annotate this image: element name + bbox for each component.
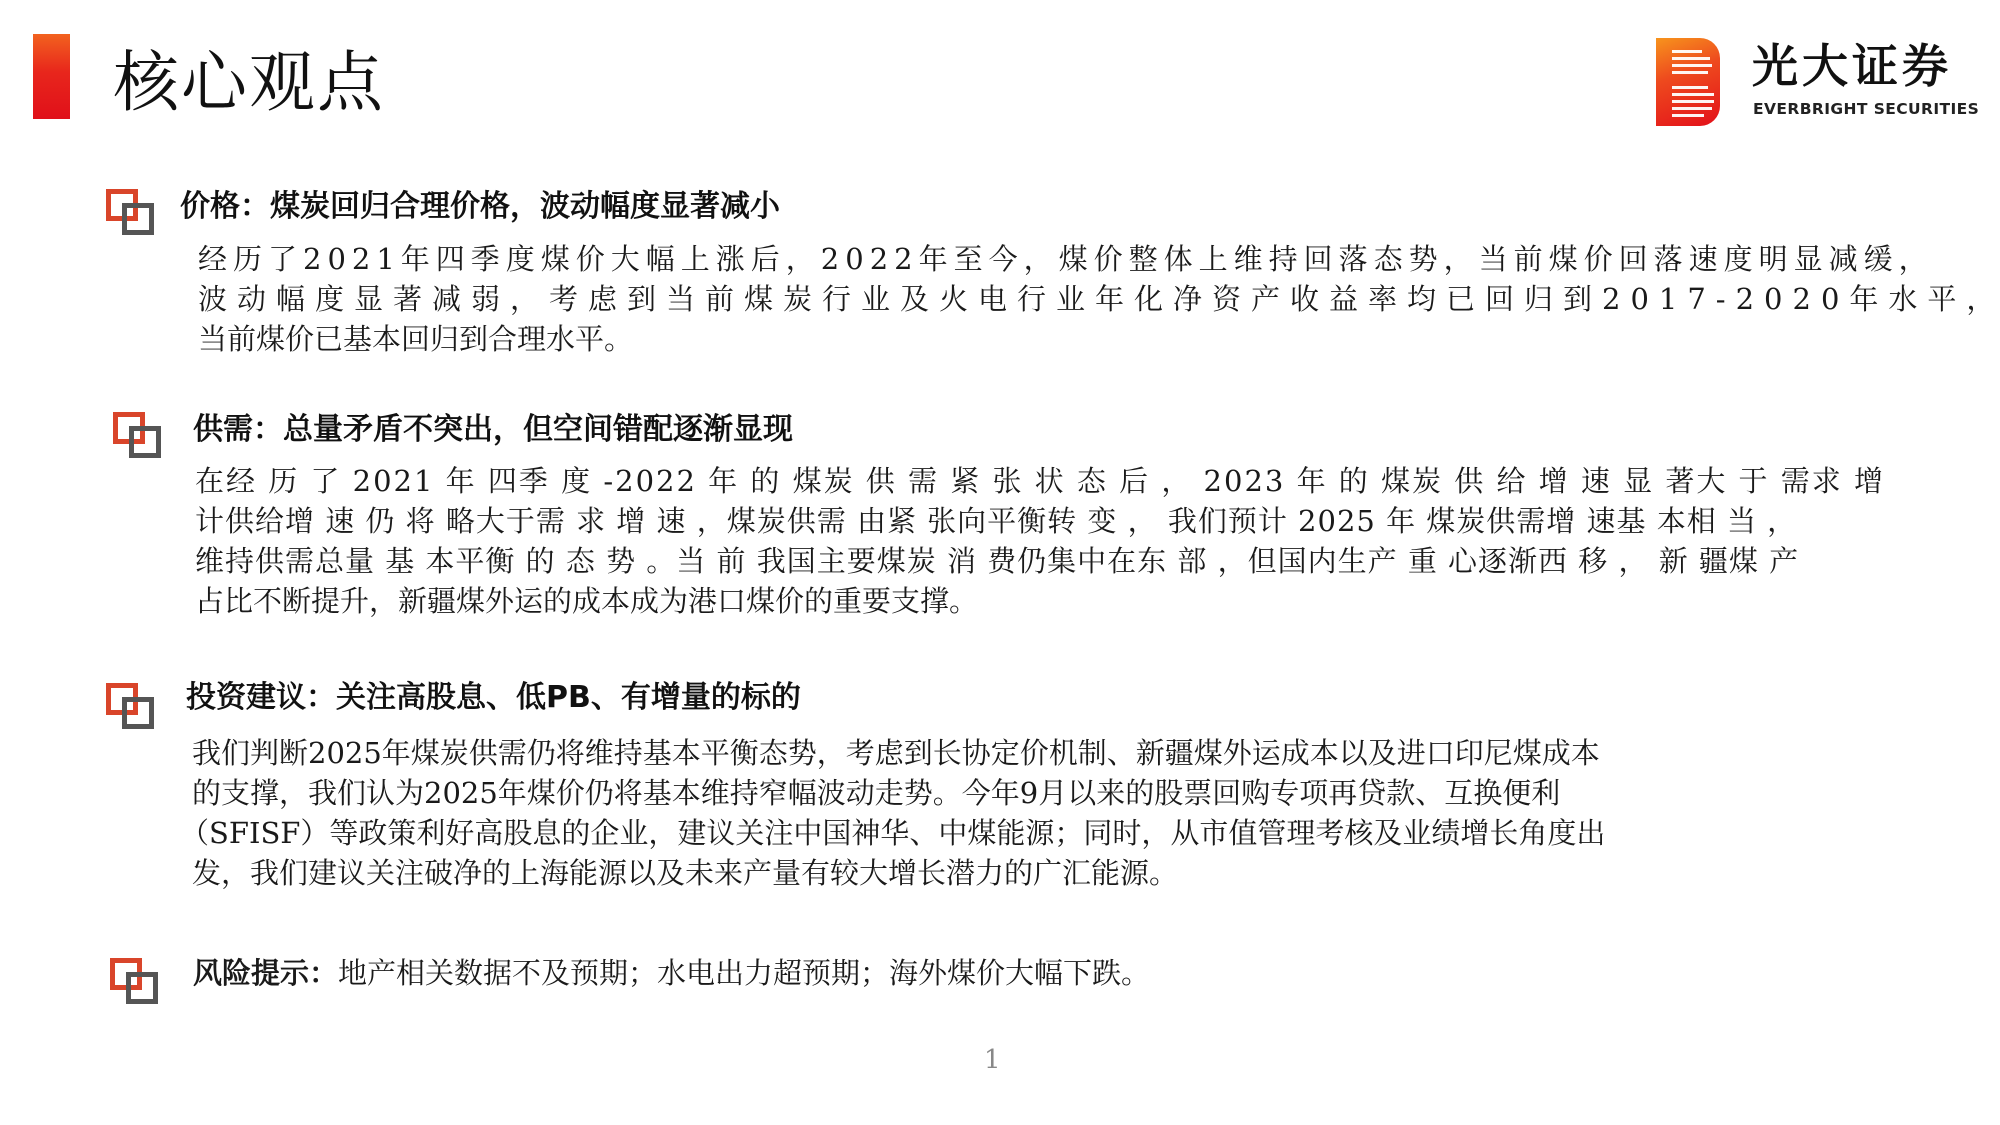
section-supply-line-1: 在经 历 了 2021 年 四季 度 -2022 年 的 煤炭 供 需 紧 张 … xyxy=(195,461,1885,501)
section-price-line-3: 当前煤价已基本回归到合理水平。 xyxy=(198,319,633,359)
logo-chinese-name: 光大证券 xyxy=(1752,38,1952,94)
logo-mark-icon xyxy=(1656,38,1720,126)
section-heading-investment: 投资建议：关注高股息、低PB、有增量的标的 xyxy=(186,678,801,718)
risk-warning: 风险提示：地产相关数据不及预期；水电出力超预期；海外煤价大幅下跌。 xyxy=(193,953,1150,993)
risk-text: 地产相关数据不及预期；水电出力超预期；海外煤价大幅下跌。 xyxy=(338,956,1150,990)
risk-label: 风险提示： xyxy=(193,956,338,990)
section-investment-line-2: 的支撑，我们认为2025年煤价仍将基本维持窄幅波动走势。今年9月以来的股票回购专… xyxy=(192,773,1560,813)
title-accent-bar xyxy=(33,34,70,119)
section-heading-supply-demand: 供需：总量矛盾不突出，但空间错配逐渐显现 xyxy=(193,410,793,450)
section-investment-line-4: 发，我们建议关注破净的上海能源以及未来产量有较大增长潜力的广汇能源。 xyxy=(192,853,1178,893)
overlapping-squares-icon xyxy=(106,189,156,233)
section-supply-line-2: 计供给增 速 仍 将 略大于需 求 增 速 ，煤炭供需 由紧 张向平衡转 变 ，… xyxy=(195,501,1797,541)
section-supply-line-3: 维持供需总量 基 本平衡 的 态 势 。当 前 我国主要煤炭 消 费仍集中在东 … xyxy=(195,541,1799,581)
page-title: 核心观点 xyxy=(113,40,385,126)
section-investment-line-1: 我们判断2025年煤炭供需仍将维持基本平衡态势，考虑到长协定价机制、新疆煤外运成… xyxy=(192,733,1600,773)
overlapping-squares-icon xyxy=(110,958,160,1002)
section-supply-line-4: 占比不断提升，新疆煤外运的成本成为港口煤价的重要支撑。 xyxy=(195,581,978,621)
section-heading-price: 价格：煤炭回归合理价格，波动幅度显著减小 xyxy=(180,187,780,227)
page-number: 1 xyxy=(984,1044,1001,1076)
everbright-logo: 光大证券 EVERBRIGHT SECURITIES xyxy=(1656,38,1968,126)
section-investment-line-3: （SFISF）等政策利好高股息的企业，建议关注中国神华、中煤能源；同时，从市值管… xyxy=(180,813,1605,853)
overlapping-squares-icon xyxy=(113,412,163,456)
section-price-line-2: 波动幅度显著减弱，考虑到当前煤炭行业及火电行业年化净资产收益率均已回归到2017… xyxy=(198,279,2000,319)
section-price-line-1: 经历了2021年四季度煤价大幅上涨后，2022年至今，煤价整体上维持回落态势，当… xyxy=(198,239,1934,279)
logo-english-name: EVERBRIGHT SECURITIES xyxy=(1753,100,1979,118)
overlapping-squares-icon xyxy=(106,683,156,727)
